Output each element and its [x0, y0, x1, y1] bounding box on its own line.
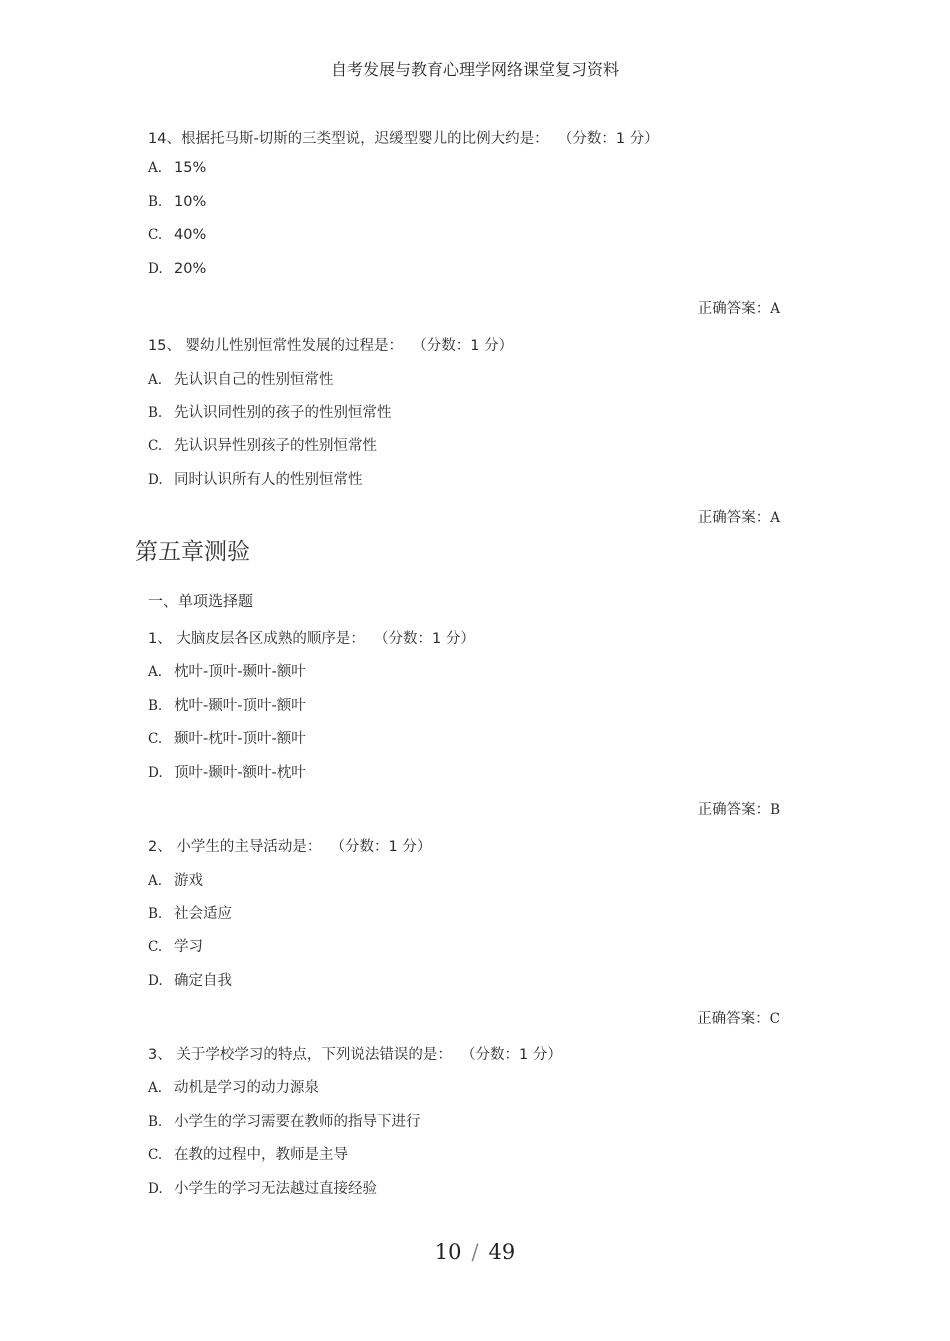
- option-letter: A.: [148, 873, 174, 889]
- option: A.15%: [148, 160, 206, 176]
- correct-answer: 正确答案：C: [697, 1007, 780, 1028]
- question-stem: 15、 婴幼儿性别恒常性发展的过程是： （分数：1 分）: [148, 334, 513, 355]
- option: B.枕叶-颞叶-顶叶-额叶: [148, 694, 306, 715]
- option: B.社会适应: [148, 902, 232, 923]
- option: C.先认识异性别孩子的性别恒常性: [148, 434, 377, 455]
- question-stem: 2、 小学生的主导活动是： （分数：1 分）: [148, 835, 431, 856]
- option-letter: A.: [148, 160, 174, 176]
- option: C.在教的过程中，教师是主导: [148, 1143, 348, 1164]
- option: D.顶叶-颞叶-额叶-枕叶: [148, 761, 306, 782]
- option-text: 小学生的学习无法越过直接经验: [174, 1181, 377, 1197]
- option-letter: A.: [148, 372, 174, 388]
- option-text: 在教的过程中，教师是主导: [174, 1147, 348, 1163]
- option: D.同时认识所有人的性别恒常性: [148, 468, 363, 489]
- section-title: 一、单项选择题: [148, 590, 253, 611]
- option: B.10%: [148, 194, 206, 210]
- option-text: 社会适应: [174, 906, 232, 922]
- page-separator: /: [471, 1240, 478, 1264]
- option-text: 学习: [174, 939, 203, 955]
- answer-value: A: [770, 510, 780, 526]
- option-text: 先认识自己的性别恒常性: [174, 372, 334, 388]
- option: A.游戏: [148, 869, 203, 890]
- option: A.动机是学习的动力源泉: [148, 1076, 319, 1097]
- question-stem: 14、根据托马斯-切斯的三类型说，迟缓型婴儿的比例大约是： （分数：1 分）: [148, 127, 659, 148]
- option: B.小学生的学习需要在教师的指导下进行: [148, 1110, 421, 1131]
- option-text: 小学生的学习需要在教师的指导下进行: [174, 1114, 421, 1130]
- option: A.枕叶-顶叶-颞叶-额叶: [148, 660, 306, 681]
- answer-label: 正确答案：: [698, 802, 771, 818]
- option-text: 先认识同性别的孩子的性别恒常性: [174, 405, 392, 421]
- option: C.颞叶-枕叶-顶叶-额叶: [148, 727, 306, 748]
- option-letter: C.: [148, 1147, 174, 1163]
- option-text: 15%: [174, 160, 206, 176]
- option-letter: B.: [148, 1114, 174, 1130]
- option-letter: C.: [148, 227, 174, 243]
- option: B.先认识同性别的孩子的性别恒常性: [148, 401, 392, 422]
- option-letter: A.: [148, 664, 174, 680]
- option-letter: D.: [148, 261, 174, 277]
- question-stem: 1、 大脑皮层各区成熟的顺序是： （分数：1 分）: [148, 627, 475, 648]
- option-text: 40%: [174, 227, 206, 243]
- option: D.确定自我: [148, 969, 232, 990]
- option-letter: C.: [148, 939, 174, 955]
- option-letter: D.: [148, 472, 174, 488]
- answer-value: A: [770, 301, 780, 317]
- option-letter: B.: [148, 405, 174, 421]
- option-text: 枕叶-颞叶-顶叶-额叶: [174, 698, 306, 714]
- option-letter: D.: [148, 1181, 174, 1197]
- correct-answer: 正确答案：B: [698, 798, 780, 819]
- page-total: 49: [489, 1240, 516, 1264]
- option-text: 游戏: [174, 873, 203, 889]
- option: C.40%: [148, 227, 206, 243]
- option-letter: D.: [148, 973, 174, 989]
- option: D.20%: [148, 261, 206, 277]
- answer-value: C: [770, 1011, 780, 1027]
- answer-label: 正确答案：: [698, 301, 771, 317]
- answer-label: 正确答案：: [698, 510, 771, 526]
- option-text: 颞叶-枕叶-顶叶-额叶: [174, 731, 306, 747]
- option-letter: B.: [148, 698, 174, 714]
- option-letter: A.: [148, 1080, 174, 1096]
- option-text: 顶叶-颞叶-额叶-枕叶: [174, 765, 306, 781]
- option: C.学习: [148, 935, 203, 956]
- option-letter: C.: [148, 438, 174, 454]
- correct-answer: 正确答案：A: [698, 506, 780, 527]
- option-letter: B.: [148, 906, 174, 922]
- chapter-title: 第五章测验: [135, 533, 250, 566]
- option-text: 20%: [174, 261, 206, 277]
- option-letter: D.: [148, 765, 174, 781]
- answer-value: B: [770, 802, 780, 818]
- option-text: 10%: [174, 194, 206, 210]
- option: A.先认识自己的性别恒常性: [148, 368, 334, 389]
- option-text: 枕叶-顶叶-颞叶-额叶: [174, 664, 306, 680]
- option-text: 同时认识所有人的性别恒常性: [174, 472, 363, 488]
- option-text: 先认识异性别孩子的性别恒常性: [174, 438, 377, 454]
- page-number: 10/49: [0, 1240, 950, 1264]
- option-text: 确定自我: [174, 973, 232, 989]
- option-letter: C.: [148, 731, 174, 747]
- option-text: 动机是学习的动力源泉: [174, 1080, 319, 1096]
- page-header: 自考发展与教育心理学网络课堂复习资料: [0, 57, 950, 80]
- option-letter: B.: [148, 194, 174, 210]
- answer-label: 正确答案：: [697, 1011, 770, 1027]
- page-current: 10: [435, 1240, 462, 1264]
- option: D.小学生的学习无法越过直接经验: [148, 1177, 377, 1198]
- question-stem: 3、 关于学校学习的特点，下列说法错误的是： （分数：1 分）: [148, 1043, 562, 1064]
- correct-answer: 正确答案：A: [698, 297, 780, 318]
